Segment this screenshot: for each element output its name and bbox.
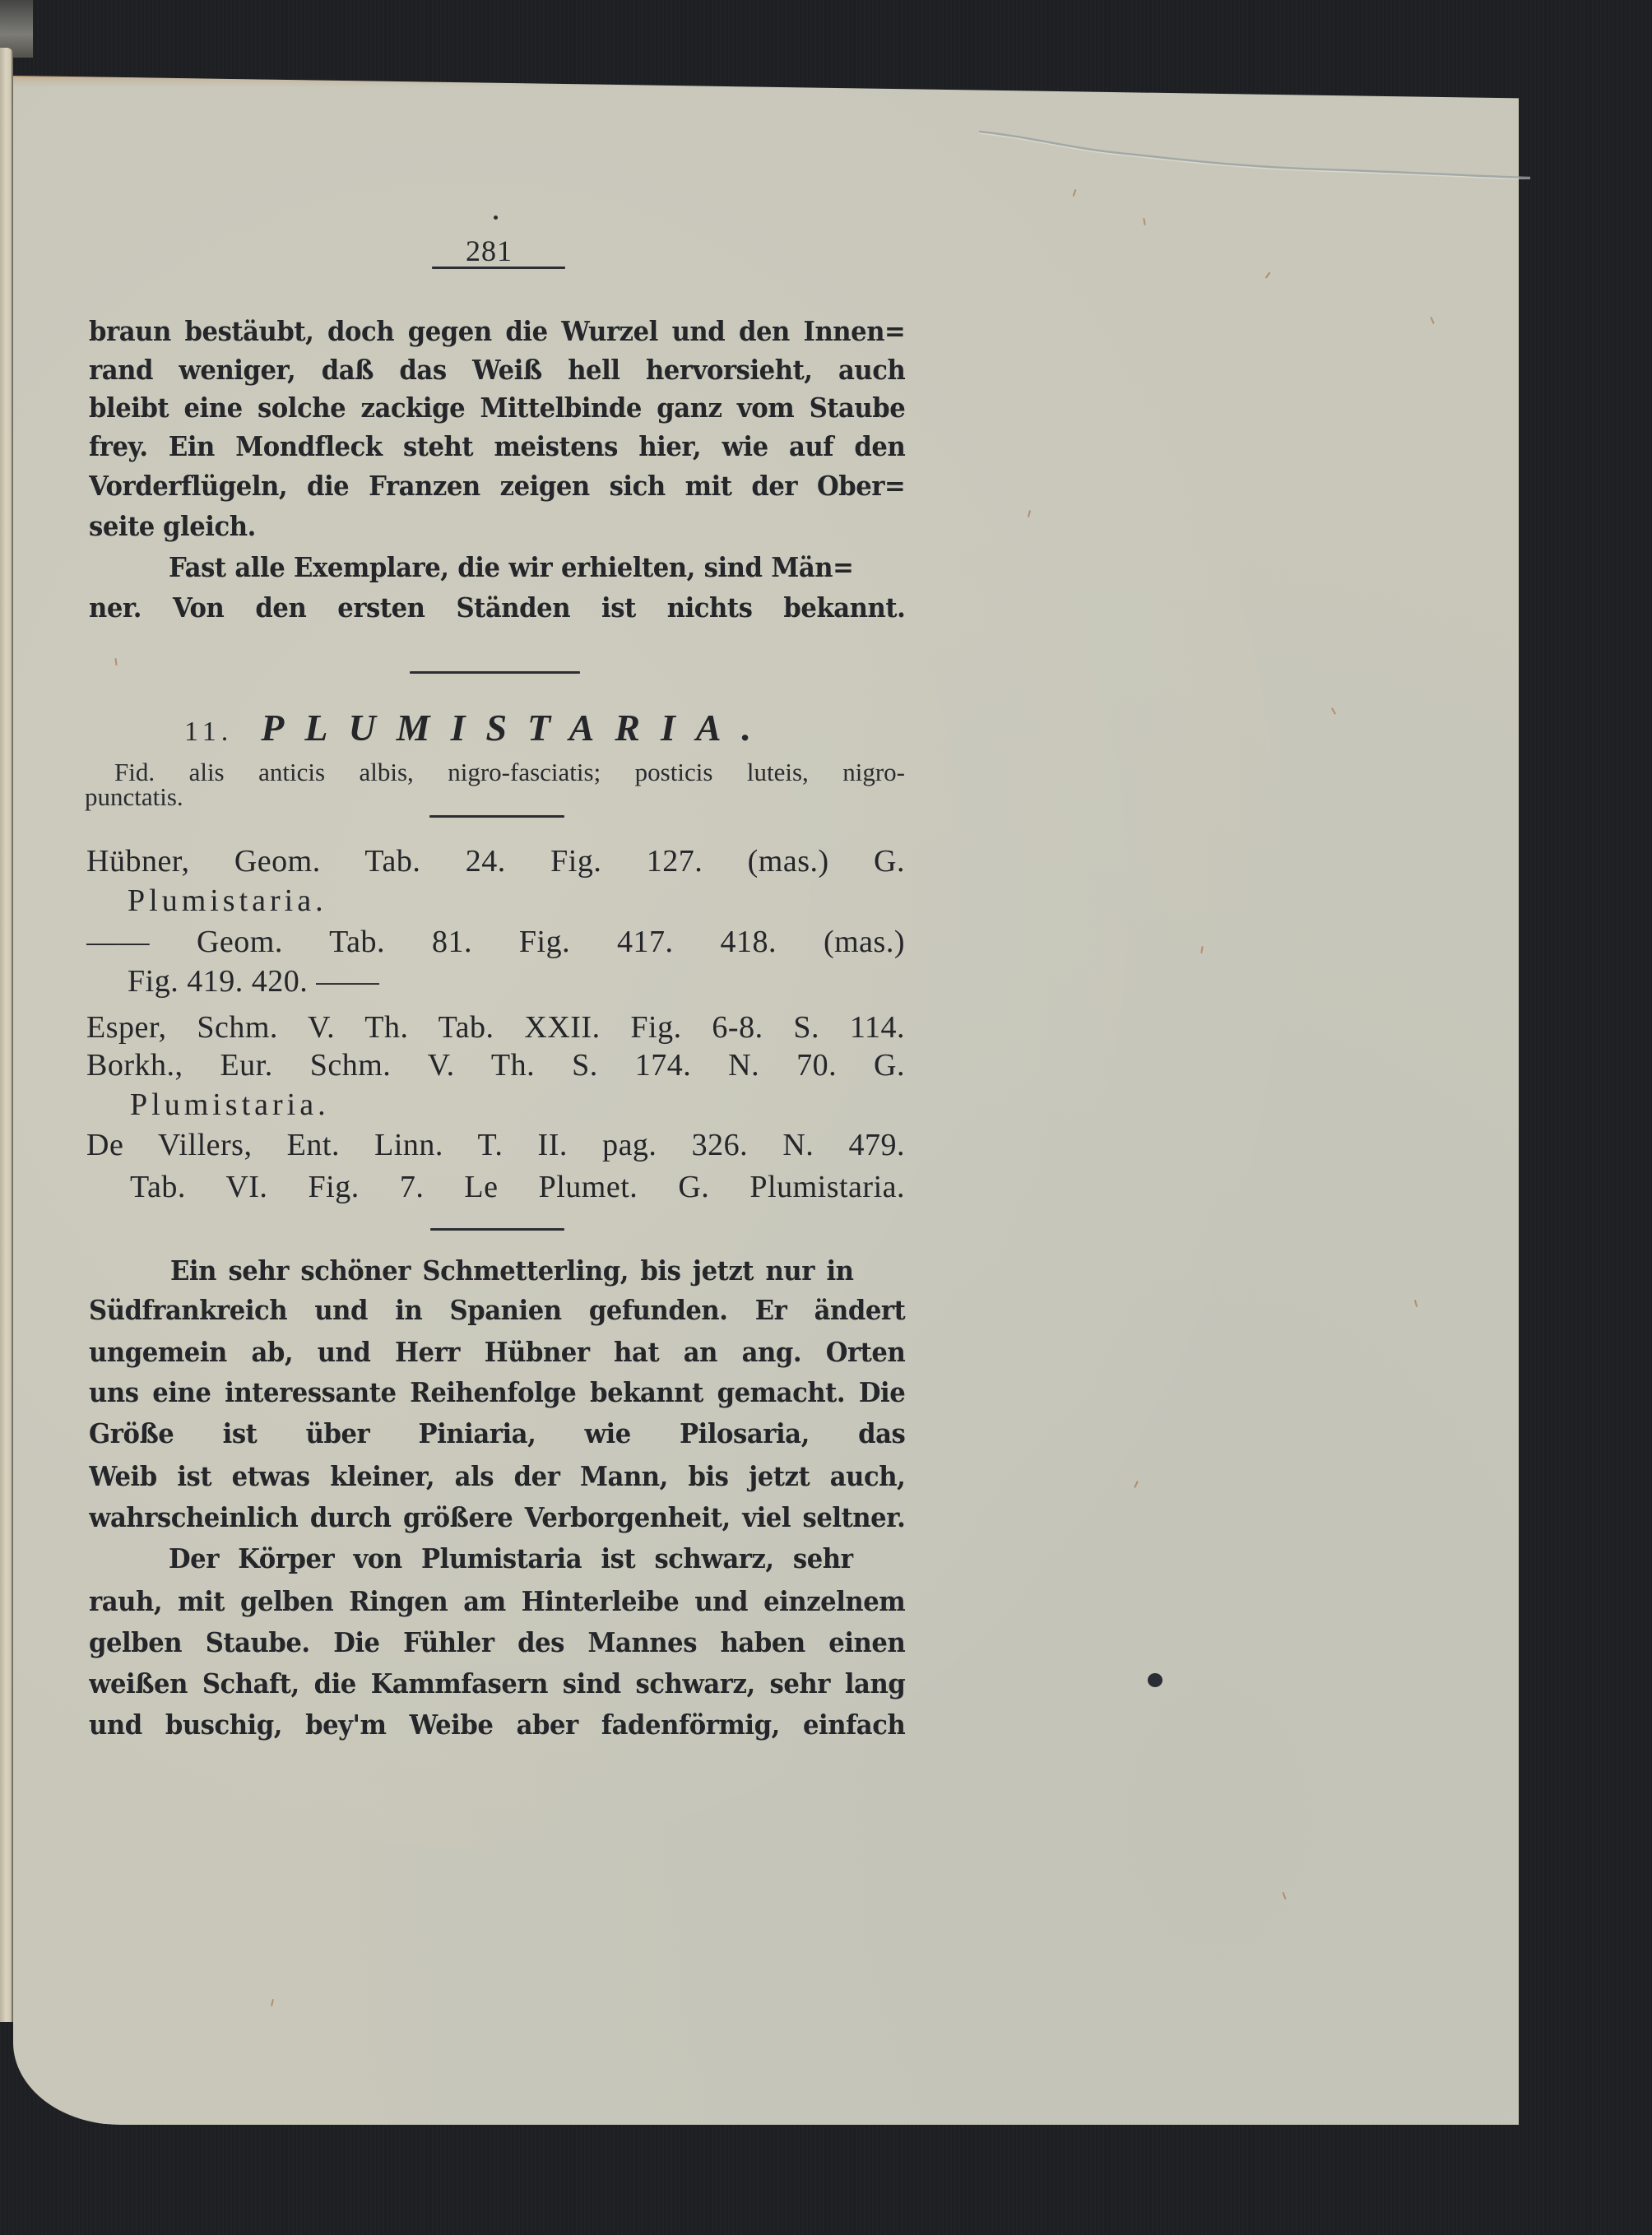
reference-line: Tab. VI. Fig. 7. Le Plumet. G. Plumistar… [130, 1168, 905, 1206]
page-number: 281 [466, 234, 513, 268]
text-line: Ein sehr schöner Schmetterling, bis jetz… [170, 1252, 853, 1290]
text-line: Weib ist etwas kleiner, als der Mann, bi… [89, 1458, 905, 1495]
section-divider [430, 1228, 564, 1231]
section-divider [429, 815, 564, 818]
text-line: Der Körper von Plumistaria ist schwarz, … [169, 1540, 853, 1578]
reference-line: Plumistaria. [130, 1086, 946, 1124]
text-line: bleibt eine solche zackige Mittelbinde g… [89, 389, 905, 427]
page-number-underline [432, 267, 565, 269]
text-line: gelben Staube. Die Fühler des Mannes hab… [89, 1624, 905, 1662]
text-line: und buschig, bey'm Weibe aber fadenförmi… [89, 1706, 905, 1744]
section-divider [410, 671, 580, 674]
paper-hole-speck [1148, 1673, 1162, 1687]
text-line: ner. Von den ersten Ständen ist nichts b… [89, 589, 905, 627]
reference-line: Hübner, Geom. Tab. 24. Fig. 127. (mas.) … [86, 842, 905, 880]
reference-line: Plumistaria. [128, 882, 944, 920]
text-line: seite gleich. [89, 508, 905, 545]
text-line: weißen Schaft, die Kammfasern sind schwa… [89, 1665, 905, 1703]
species-number: 11. [184, 716, 233, 747]
reference-line: Fig. 419. 420. —— [128, 962, 944, 1000]
page-stack-edge [0, 48, 13, 2022]
reference-line: Borkh., Eur. Schm. V. Th. S. 174. N. 70.… [86, 1046, 905, 1084]
text-line: rauh, mit gelben Ringen am Hinterleibe u… [89, 1583, 905, 1621]
text-line: frey. Ein Mondfleck steht meistens hier,… [89, 428, 905, 466]
reference-line: —— Geom. Tab. 81. Fig. 417. 418. (mas.) [86, 923, 905, 961]
species-name: PLUMISTARIA. [261, 707, 772, 749]
text-line: braun bestäubt, doch gegen die Wurzel un… [89, 313, 905, 350]
text-line: Größe ist über Piniaria, wie Pilosaria, … [89, 1415, 905, 1453]
text-line: Fast alle Exemplare, die wir erhielten, … [169, 549, 853, 587]
diagnosis-line: punctatis. [85, 783, 901, 811]
text-line: rand weniger, daß das Weiß hell hervorsi… [89, 351, 905, 389]
reference-line: Esper, Schm. V. Th. Tab. XXII. Fig. 6-8.… [86, 1009, 905, 1046]
reference-line: De Villers, Ent. Linn. T. II. pag. 326. … [86, 1126, 905, 1164]
text-line: wahrscheinlich durch größere Verborgenhe… [89, 1499, 905, 1537]
text-line: uns eine interessante Reihenfolge bekann… [89, 1374, 905, 1412]
species-heading: 11.PLUMISTARIA. [184, 706, 772, 749]
text-line: ungemein ab, und Herr Hübner hat an ang.… [89, 1333, 905, 1371]
text-line: Südfrankreich und in Spanien gefunden. E… [89, 1291, 905, 1329]
text-line: Vorderflügeln, die Franzen zeigen sich m… [89, 467, 905, 505]
paper-speck [494, 216, 498, 220]
